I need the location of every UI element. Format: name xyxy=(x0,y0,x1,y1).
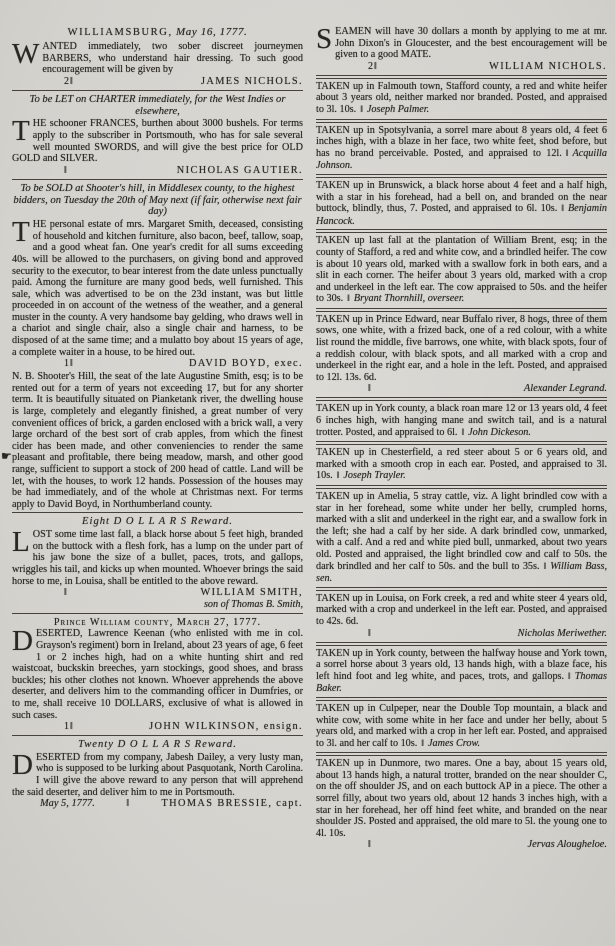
divider xyxy=(316,587,607,591)
ad-body: TAKEN up in Amelia, 5 stray cattle, viz.… xyxy=(316,491,607,572)
divider xyxy=(12,179,303,180)
ad-taken-up-spotsylvania: TAKEN up in Spotsylvania, a sorrel mare … xyxy=(316,125,607,172)
divider xyxy=(316,229,607,233)
drop-cap: T xyxy=(12,118,33,144)
masthead-place: Williamsburg, xyxy=(68,27,173,38)
ad-deserter-keenan: Prince William county, March 27, 1777. D… xyxy=(12,617,303,733)
insertion-mark: ‖ xyxy=(356,105,367,115)
ad-taken-up-york: TAKEN up in York county, a black roan ma… xyxy=(316,403,607,439)
signature-row: May 5, 1777. ‖ THOMAS BRESSIE, capt. xyxy=(12,798,303,810)
signature-row: ‖ Nicholas Meriwether. xyxy=(316,628,607,640)
ad-wanted-barbers: WANTED immediately, two sober discreet j… xyxy=(12,41,303,88)
signature: Joseph Palmer. xyxy=(367,104,429,115)
signature-date: May 5, 1777. xyxy=(40,798,95,810)
masthead-date: May 16, 1777. xyxy=(176,26,247,38)
ad-heading: Twenty D O L L A R S Reward. xyxy=(12,739,303,751)
ad-taken-up-amelia: TAKEN up in Amelia, 5 stray cattle, viz.… xyxy=(316,491,607,585)
masthead-dateline: Williamsburg, May 16, 1777. xyxy=(12,26,303,38)
ad-deserter-dailey: Twenty D O L L A R S Reward. DESERTED fr… xyxy=(12,739,303,810)
insertion-mark: ‖ xyxy=(368,839,372,851)
signature-row: 2‖ JAMES NICHOLS. xyxy=(12,76,303,88)
insertion-mark: ‖ xyxy=(368,383,372,395)
insertion-mark: 2‖ xyxy=(64,76,74,88)
ad-body: TAKEN up in Dunmore, two mares. One a ba… xyxy=(316,758,607,839)
signature: John Dickeson. xyxy=(468,427,531,438)
ad-body: ESERTED, Lawrence Keenan (who enlisted w… xyxy=(12,628,303,720)
ad-body: TAKEN up in Louisa, on Fork creek, a red… xyxy=(316,593,607,627)
ad-body: ANTED immediately, two sober discreet jo… xyxy=(42,41,303,75)
divider xyxy=(12,613,303,614)
signature-row: 1‖ DAVID BOYD, exec. xyxy=(12,358,303,370)
column-left: Williamsburg, May 16, 1777. WANTED immed… xyxy=(12,26,303,853)
insertion-mark: ‖ xyxy=(417,739,428,749)
ad-estate-sale: To be SOLD at Shooter's hill, in Middles… xyxy=(12,183,303,511)
signature: DAVID BOYD, exec. xyxy=(189,358,303,370)
divider xyxy=(12,90,303,91)
divider xyxy=(316,119,607,123)
divider xyxy=(316,485,607,489)
signature: JOHN WILKINSON, ensign. xyxy=(149,721,303,733)
signature-row: ‖ WILLIAM SMITH, xyxy=(12,587,303,599)
ad-dateline: Prince William county, March 27, 1777. xyxy=(12,617,303,629)
signature-row: ‖ NICHOLAS GAUTIER. xyxy=(12,165,303,177)
insertion-mark: ‖ xyxy=(368,628,372,640)
ad-taken-up-dunmore: TAKEN up in Dunmore, two mares. One a ba… xyxy=(316,758,607,851)
insertion-mark: ‖ xyxy=(562,149,573,159)
divider xyxy=(316,397,607,401)
divider xyxy=(316,308,607,312)
insertion-mark: ‖ xyxy=(343,294,354,304)
ad-taken-up-culpeper: TAKEN up in Culpeper, near the Double To… xyxy=(316,703,607,750)
insertion-mark: 1‖ xyxy=(64,721,74,733)
ad-heading: Eight D O L L A R S Reward. xyxy=(12,516,303,528)
insertion-mark: ‖ xyxy=(333,471,344,481)
newspaper-page: ☛ Williamsburg, May 16, 1777. WANTED imm… xyxy=(0,0,615,946)
insertion-mark: 1‖ xyxy=(64,358,74,370)
ad-body: HE schooner FRANCES, burthen about 3000 … xyxy=(12,118,303,164)
insertion-mark: ‖ xyxy=(540,562,551,572)
insertion-mark: ‖ xyxy=(564,672,575,682)
drop-cap: S xyxy=(316,26,335,52)
signature: NICHOLAS GAUTIER. xyxy=(177,165,303,177)
insertion-mark: ‖ xyxy=(457,428,468,438)
signature: WILLIAM SMITH, xyxy=(200,587,303,599)
ad-seamen: SEAMEN will have 30 dollars a month by a… xyxy=(316,26,607,73)
ad-body: OST some time last fall, a black horse a… xyxy=(12,529,303,586)
ad-taken-up-stafford: TAKEN up last fall at the plantation of … xyxy=(316,235,607,306)
ad-taken-up-york-halfway: TAKEN up in York county, between the hal… xyxy=(316,648,607,695)
signature: JAMES NICHOLS. xyxy=(201,76,303,88)
manicule-icon: ☛ xyxy=(1,449,12,464)
signature: Jervas Alougheloe. xyxy=(528,839,607,851)
signature: James Crow. xyxy=(428,738,480,749)
signature-row: ‖ Jervas Alougheloe. xyxy=(316,839,607,851)
ad-body: ESERTED from my company, Jabesh Dailey, … xyxy=(12,752,303,798)
ad-taken-up-prince-edward: TAKEN up in Prince Edward, near Buffalo … xyxy=(316,314,607,396)
divider xyxy=(316,441,607,445)
signature: WILLIAM NICHOLS. xyxy=(489,61,607,73)
divider xyxy=(316,174,607,178)
ad-heading: To be SOLD at Shooter's hill, in Middles… xyxy=(12,183,303,218)
signature: THOMAS BRESSIE, capt. xyxy=(161,798,303,810)
insertion-mark: 2‖ xyxy=(368,61,378,73)
ad-body: TAKEN up in Prince Edward, near Buffalo … xyxy=(316,314,607,383)
signature-row: 1‖ JOHN WILKINSON, ensign. xyxy=(12,721,303,733)
signature: Bryant Thornhill, overseer. xyxy=(354,293,464,304)
divider xyxy=(316,75,607,79)
divider xyxy=(316,752,607,756)
signature: Nicholas Meriwether. xyxy=(518,628,607,640)
nb-paragraph: N. B. Shooter's Hill, the seat of the la… xyxy=(12,371,303,510)
drop-cap: T xyxy=(12,219,33,245)
ad-schooner-frances: To be LET on CHARTER immediately, for th… xyxy=(12,94,303,177)
divider xyxy=(316,697,607,701)
divider xyxy=(12,512,303,513)
drop-cap: D xyxy=(12,628,36,654)
ad-heading: To be LET on CHARTER immediately, for th… xyxy=(12,94,303,118)
ad-body: HE personal estate of mrs. Margaret Smit… xyxy=(12,219,303,358)
signature-secondary: son of Thomas B. Smith, xyxy=(12,599,303,611)
ad-lost-horse-reward: Eight D O L L A R S Reward. LOST some ti… xyxy=(12,516,303,610)
insertion-mark: ‖ xyxy=(64,587,68,599)
divider xyxy=(12,735,303,736)
column-right: SEAMEN will have 30 dollars a month by a… xyxy=(316,26,607,853)
drop-cap: W xyxy=(12,41,42,67)
signature-row: ‖ Alexander Legrand. xyxy=(316,383,607,395)
insertion-mark: ‖ xyxy=(126,798,130,810)
ad-body: EAMEN will have 30 dollars a month by ap… xyxy=(335,26,607,60)
ad-taken-up-chesterfield: TAKEN up in Chesterfield, a red steer ab… xyxy=(316,447,607,483)
insertion-mark: ‖ xyxy=(64,165,68,177)
signature: Alexander Legrand. xyxy=(524,383,607,395)
drop-cap: D xyxy=(12,752,36,778)
ad-taken-up-brunswick: TAKEN up in Brunswick, a black horse abo… xyxy=(316,180,607,227)
ad-taken-up-louisa: TAKEN up in Louisa, on Fork creek, a red… xyxy=(316,593,607,640)
divider xyxy=(316,642,607,646)
signature-row: 2‖ WILLIAM NICHOLS. xyxy=(316,61,607,73)
signature: Joseph Trayler. xyxy=(343,470,405,481)
insertion-mark: ‖ xyxy=(557,204,568,214)
ad-taken-up-falmouth: TAKEN up in Falmouth town, Stafford coun… xyxy=(316,81,607,117)
drop-cap: L xyxy=(12,529,33,555)
